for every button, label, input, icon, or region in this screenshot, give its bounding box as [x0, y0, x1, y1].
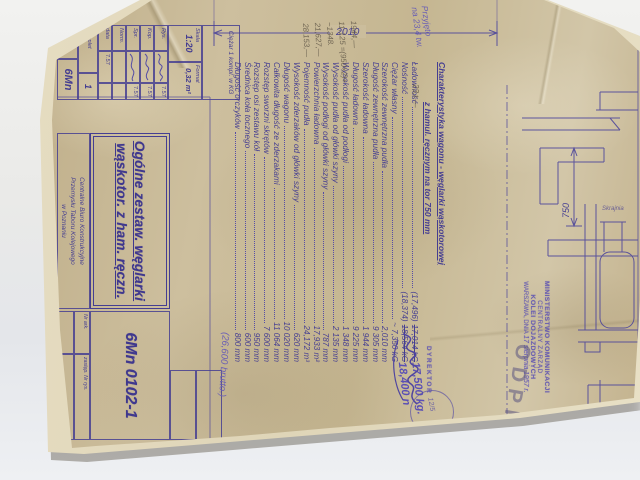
format-label: Format — [194, 63, 201, 99]
spec-row: Szerokość zewnętrzna pudła2,010 mm — [380, 62, 390, 362]
leader-dots — [255, 154, 257, 330]
ministry-line1: MINISTERSTWO KOMUNIKACJI — [543, 272, 550, 402]
leader-dots — [363, 137, 365, 323]
sign-role: Norm. — [118, 26, 125, 50]
komplet-value: 1 — [79, 74, 97, 99]
spec-label: Rozstęp osi zestawu kół — [253, 62, 262, 151]
stamp-city: WARSZAWA, DNIA — [522, 281, 528, 333]
leader-dots — [304, 129, 306, 323]
spec-label: Długość orczyków — [233, 62, 242, 129]
spec-row: Całkowita długość ze zderzakami11 064 mm — [271, 62, 281, 362]
spec-row: Rozstęp sworzni skrętów7 600 mm — [262, 62, 272, 362]
spec-value: 17,933 m² — [312, 326, 321, 362]
sign-role: Rys. — [160, 26, 167, 50]
spec-label: Ciężar własny — [390, 62, 399, 114]
spec-row: Rozstęp osi zestawu kół950 mm — [252, 62, 262, 362]
leader-dots — [323, 192, 325, 329]
spec-value: 600 mm — [243, 333, 252, 362]
spec-label: Średnica koła tocznego — [243, 62, 252, 148]
sign-role: Kop. — [146, 26, 153, 50]
spec-label: Rozstęp sworzni skrętów — [262, 62, 271, 154]
leader-dots — [353, 128, 355, 323]
sign-date: 7.57 — [146, 84, 153, 99]
sign-date: 7.57 — [104, 52, 111, 82]
signature-scribble — [154, 52, 166, 82]
leader-dots — [245, 151, 247, 329]
characteristics-title-line2: z hamul. ręcznym na tor 750 mm — [422, 102, 433, 362]
spec-value: 950 mm — [253, 333, 262, 362]
leader-dots — [402, 97, 404, 288]
signature-scribble — [126, 52, 138, 82]
scale-label: Skala — [194, 26, 201, 61]
spec-value: 620 mm — [292, 333, 301, 362]
dim-750-label: 750 — [561, 203, 571, 218]
gauge-label: Skrajnia — [602, 206, 624, 212]
spec-value: 24,172 m³ — [302, 326, 311, 362]
leader-dots — [274, 188, 276, 319]
spec-row: Długość wagonu10 020 mm — [281, 62, 291, 362]
org-line1: Centralne Biuro Konstrukcyjne — [77, 134, 86, 308]
brutto-note: (26,600 brutto.) — [202, 332, 228, 436]
leader-dots — [373, 162, 375, 323]
spec-label: Długość wagonu — [282, 62, 291, 123]
spec-label: Szerokość zewnętrzna pudła — [380, 62, 389, 168]
leader-dots — [235, 132, 237, 330]
spec-value: 2 135 mm — [331, 326, 340, 362]
leader-dots — [392, 117, 394, 319]
spec-value: 787 mm — [321, 333, 330, 362]
ministry-line3: KOLEI DOJAZDOWYCH — [529, 272, 536, 402]
spec-value: 7 600 mm — [262, 326, 271, 362]
spec-label: Całkowita długość ze zderzakami — [272, 62, 281, 185]
leader-dots — [343, 166, 345, 323]
spec-row: Długość orczyków800 mm — [232, 62, 242, 362]
spec-value: 10 020 mm — [282, 322, 291, 363]
leader-dots — [284, 126, 286, 318]
sign-role: Spr. — [132, 26, 139, 50]
spec-label: Długość zewnętrzna pudła — [371, 62, 380, 159]
leader-dots — [264, 157, 266, 323]
signature-scribble — [140, 52, 152, 82]
spec-row: Długość zewnętrzna pudła9 305 mm — [370, 62, 380, 362]
org-line2: Przemysłu Taboru Kolejowego — [68, 134, 77, 308]
nr-ark-label: Nr ark. — [82, 312, 89, 353]
leader-dots — [333, 186, 335, 323]
sign-date: 7.57 — [160, 84, 167, 99]
spec-row: Średnica koła tocznego600 mm — [242, 62, 252, 362]
spec-value: 800 mm — [233, 333, 242, 362]
org-line3: w Poznaniu — [59, 134, 68, 308]
pencil-calculations: 1944,— 11,125 =(950×2)+ −1348. 21,627,— … — [298, 22, 362, 140]
spec-value: 1 348 mm — [341, 326, 350, 362]
spec-row: Ciężar własny~ 7,350 kG — [389, 62, 399, 362]
spec-value: 1 944 mm — [361, 326, 370, 362]
characteristics-title-line1: Charakterystyka wagonu - węglarki wąskot… — [436, 62, 447, 362]
leader-dots — [314, 148, 316, 323]
leader-dots — [412, 107, 414, 289]
spec-value: 9 225 mm — [351, 326, 360, 362]
format-value: 0,32 m² — [183, 63, 194, 99]
note-load: 23,t — — [406, 84, 420, 128]
zastep-label: zastęp. Nr rys. — [82, 355, 89, 439]
spec-value: 11 064 mm — [272, 322, 281, 362]
document-paper: 2010 750 Skrajnia Ciężar 1 kompl. w KG S… — [0, 0, 640, 480]
spec-paren-value: (17,496) — [410, 291, 419, 321]
round-stamp-note: 12/5 — [426, 397, 435, 412]
ministry-line2: CENTRALNY ZARZĄD — [536, 272, 543, 402]
leader-dots — [382, 171, 384, 323]
drawing-number: 6Mn 0102-1 — [121, 332, 139, 418]
main-title-box: Ogólne zestaw. węglarki wąskotor. z ham.… — [90, 133, 170, 309]
main-title-line2: wąskotor. z ham. ręczn. — [112, 137, 130, 305]
seria-value: 6Mn — [58, 60, 77, 99]
main-title-line1: Ogólne zestaw. węglarki — [130, 137, 148, 305]
spec-paren-value: (18,374) — [400, 291, 409, 321]
scale-value: 1:20 — [183, 26, 194, 61]
spec-value: 9 305 mm — [371, 326, 380, 362]
leader-dots — [294, 205, 296, 330]
photo-of-document: 2010 750 Skrajnia Ciężar 1 kompl. w KG S… — [0, 0, 640, 480]
sign-date: 7.57 — [132, 84, 139, 99]
